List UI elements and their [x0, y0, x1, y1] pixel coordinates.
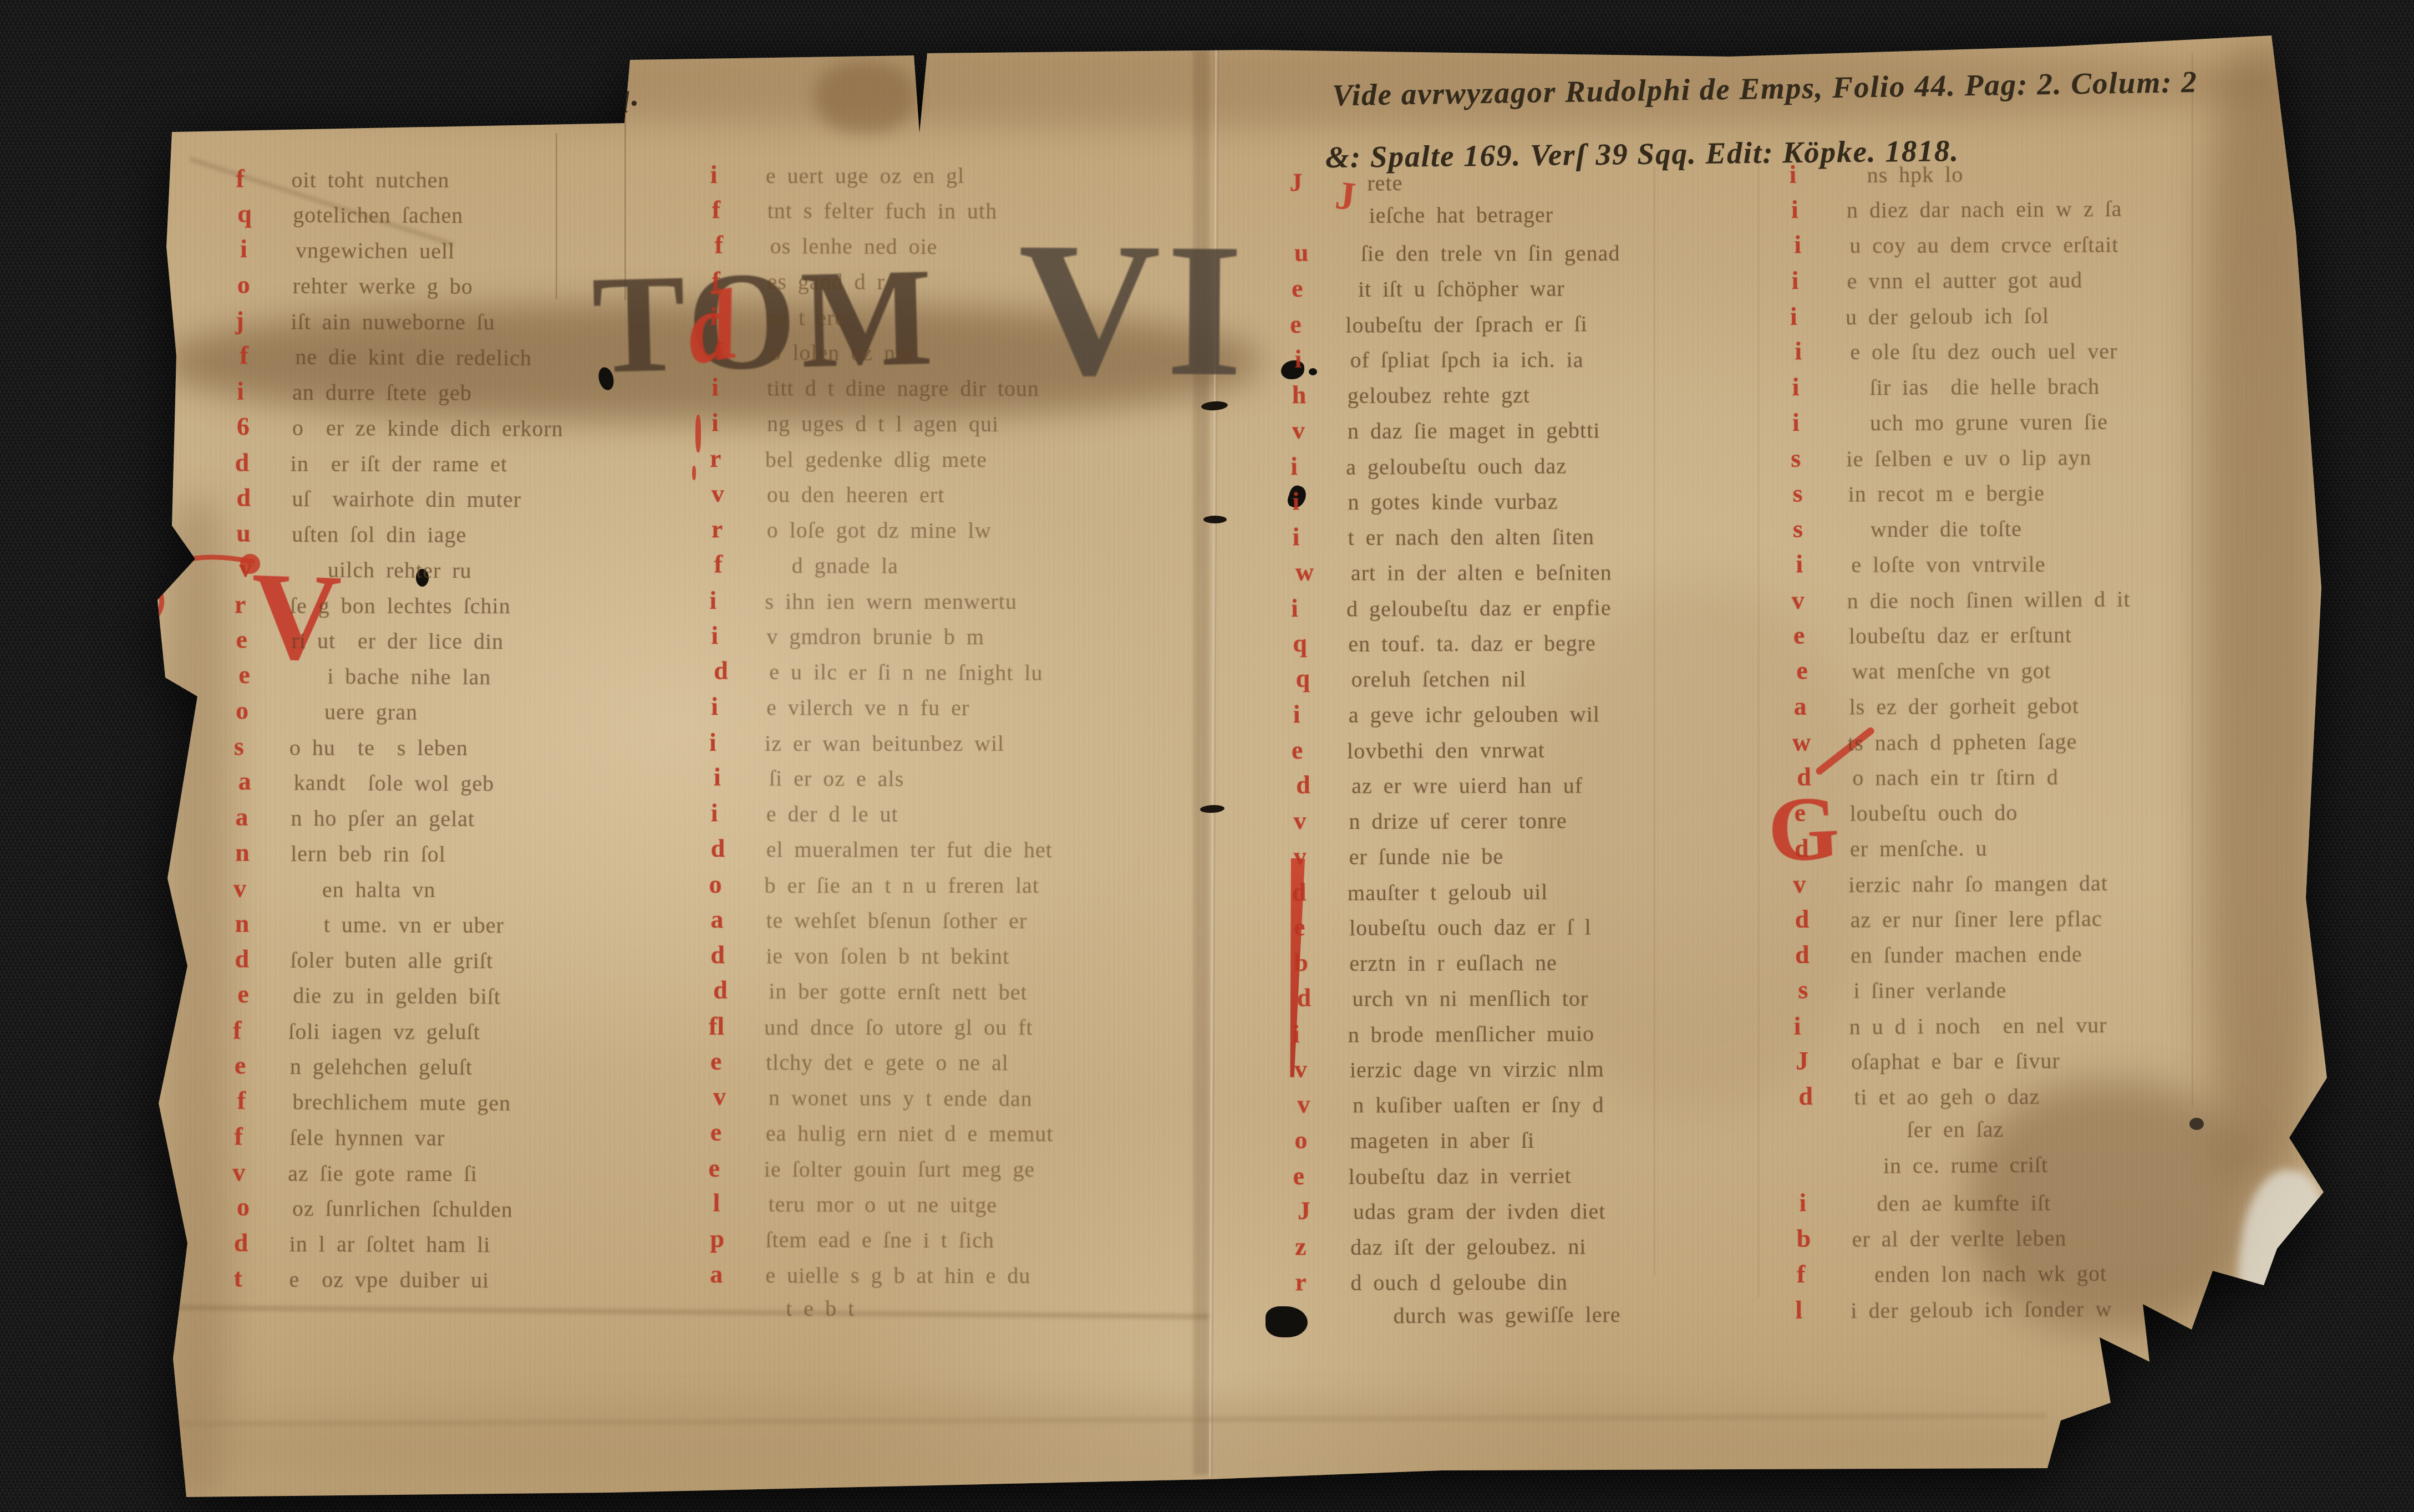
manuscript-line-text: az ſie gote rame ſi — [288, 1160, 477, 1187]
rubric-initial: o — [236, 696, 291, 725]
manuscript-line-text: ie von ſolen b nt bekint — [766, 943, 1009, 969]
rubric-initial: v — [1791, 585, 1847, 615]
rubric-initial: d — [713, 975, 769, 1004]
manuscript-line-text: ſer en ſaz — [1852, 1116, 2004, 1143]
text-column-1: foit toht nutchenqgotelichen ſachenivnge… — [233, 164, 670, 1301]
rubric-initial: r — [710, 444, 765, 473]
rubric-initial: b — [1797, 1224, 1852, 1254]
rubric-initial: s — [234, 731, 289, 761]
manuscript-line: fſele hynnen var — [234, 1122, 667, 1159]
manuscript-line: fo lolen oz nur — [714, 336, 1169, 373]
rubric-initial: s — [1793, 514, 1848, 544]
manuscript-line-text: oit toht nutchen — [291, 166, 449, 192]
rubric-initial: e — [236, 625, 291, 654]
manuscript-line: ie ole ſtu dez ouch uel ver — [1795, 335, 2238, 372]
manuscript-line: eloubeſtu ouch do — [1795, 796, 2238, 833]
manuscript-line-text: vngewichen uell — [296, 237, 455, 264]
manuscript-line: ieſche hat betrager — [1292, 201, 1735, 238]
manuscript-line: duſ wairhote din muter — [236, 483, 669, 520]
rubric-initial — [1795, 1173, 1850, 1174]
rubric-initial — [1294, 1323, 1349, 1324]
manuscript-line-text: wnder die toſte — [1848, 516, 2022, 543]
manuscript-line: ie vilerch ve n fu er — [711, 691, 1166, 727]
manuscript-line: 6o er ze kinde dich erkorn — [237, 412, 669, 449]
manuscript-line-text: n brode menſlicher muio — [1348, 1020, 1595, 1047]
text-column-4: i ns hpk loin diez dar nach ein w z ſaiu… — [1791, 157, 2240, 1330]
manuscript-line: e it iſt u ſchöpher war — [1292, 272, 1735, 309]
rubric-initial: e — [1294, 912, 1349, 941]
rubric-initial: e — [1293, 1161, 1349, 1191]
manuscript-line: pſtem ead e ſne i t ſich — [710, 1224, 1165, 1260]
manuscript-line: fes gand d r — [712, 266, 1166, 302]
manuscript-line: i den ae kumfte iſt — [1799, 1187, 2243, 1224]
rubric-initial: e — [1793, 620, 1849, 650]
rubric-initial: v — [713, 1081, 769, 1111]
manuscript-line-text: it iſt u ſchöpher war — [1347, 276, 1565, 302]
manuscript-line-text: n diez dar nach ein w z ſa — [1847, 196, 2122, 223]
rubric-initial: i — [712, 408, 767, 437]
manuscript-line: din ber gotte ernſt nett bet — [713, 975, 1168, 1012]
rubric-initial: i — [712, 372, 767, 401]
manuscript-line-text: ſie den trele vn ſin genad — [1350, 240, 1620, 267]
rubric-initial: v — [1294, 1054, 1350, 1083]
rubric-initial: f — [237, 1086, 293, 1116]
manuscript-line: dſoler buten alle griſt — [235, 944, 667, 981]
manuscript-line-text: n u d i noch en nel vur — [1849, 1012, 2107, 1040]
rubric-initial: d — [235, 944, 290, 974]
rubric-initial: i — [1791, 195, 1847, 225]
manuscript-line: berztn in r euſlach ne — [1294, 946, 1737, 984]
manuscript-line: ie loſte von vntrvile — [1796, 548, 2239, 585]
manuscript-line-text: e loſte von vntrvile — [1851, 551, 2045, 578]
manuscript-line: eloubeſtu daz er erſtunt — [1793, 618, 2237, 656]
rubric-initial: v — [1294, 841, 1349, 870]
rubric-initial: d — [1797, 762, 1852, 791]
manuscript-line: vn die noch ſinen willen d it — [1791, 582, 2235, 621]
rubric-initial: o — [237, 1192, 292, 1222]
manuscript-line: ate wehſet bſenun ſother er — [710, 904, 1165, 940]
rubric-initial: p — [710, 1224, 765, 1253]
manuscript-line-text: ns hpk lo — [1844, 161, 1963, 188]
manuscript-line: so hu te s leben — [234, 731, 667, 767]
manuscript-line-text: ri ut er der lice din — [291, 628, 504, 654]
manuscript-line-text: an durre ſtete geb — [292, 379, 472, 406]
rubric-initial: i — [1790, 301, 1846, 331]
manuscript-line: jiſt ain nuweborne ſu — [236, 306, 668, 342]
rubric-initial: i — [1291, 593, 1346, 623]
manuscript-line: flund dnce ſo utore gl ou ft — [709, 1011, 1163, 1047]
manuscript-line: ititt d t dine nagre dir toun — [712, 372, 1166, 408]
manuscript-line: vn wonet uns y t ende dan — [713, 1081, 1168, 1118]
rubric-initial: e — [1290, 309, 1345, 339]
manuscript-line: eloubeſtu ouch daz er ſ l — [1294, 911, 1737, 948]
manuscript-line: in diez dar nach ein w z ſa — [1791, 192, 2235, 230]
manuscript-line: als ez der gorheit gebot — [1794, 689, 2238, 727]
manuscript-line-text: ng uges d t l agen qui — [767, 410, 999, 437]
manuscript-line-text: of ſpliat ſpch ia ich. ia — [1350, 347, 1584, 373]
manuscript-line-text: in ce. rume criſt — [1850, 1152, 2049, 1179]
rubric-initial: d — [235, 447, 291, 477]
manuscript-line-text: teru mor o ut ne uitge — [768, 1191, 997, 1218]
manuscript-line-text: in l ar ſoltet ham li — [289, 1231, 491, 1258]
manuscript-line: qoreluh ſetchen nil — [1296, 663, 1740, 699]
manuscript-line-text: uilch rehter ru — [294, 556, 472, 583]
manuscript-line: en gelehchen geluſt — [235, 1051, 667, 1088]
manuscript-line: eie ſolter gouin ſurt meg ge — [709, 1153, 1163, 1189]
manuscript-line: ivngewichen uell — [240, 234, 673, 272]
manuscript-line-text: die zu in gelden biſt — [293, 982, 501, 1009]
manuscript-line-text: n die noch ſinen willen d it — [1847, 586, 2130, 614]
manuscript-line-text: n gotes kinde vurbaz — [1348, 488, 1558, 515]
manuscript-line: sin recot m e bergie — [1792, 476, 2236, 514]
manuscript-line: ftnt s felter fuch in uth — [712, 195, 1167, 231]
manuscript-line: hgeloubez rehte gzt — [1292, 379, 1736, 416]
manuscript-line: n t ume. vn er uber — [235, 909, 668, 946]
manuscript-line-text: tlchy det e gete o ne al — [766, 1049, 1009, 1076]
manuscript-line: foit toht nutchen — [236, 164, 668, 200]
manuscript-line-text: rehter werke g bo — [293, 273, 473, 299]
manuscript-line: iu der geloub ich ſol — [1790, 298, 2234, 337]
parchment-sheet-wrap: Spalte 175. Verſ 3. Sqq. Vide avrwyzagor… — [0, 0, 2414, 1512]
manuscript-line-text: ſir ias die helle brach — [1848, 373, 2100, 400]
manuscript-line: iiz er wan beitunbez wil — [709, 727, 1164, 763]
rubric-initial: f — [233, 1015, 288, 1045]
manuscript-line-text: en touf. ta. daz er begre — [1348, 630, 1596, 657]
rubric-initial: fl — [709, 1011, 764, 1041]
manuscript-line-text: s ihn ien wern menwertu — [765, 588, 1017, 614]
red-ink-drip — [692, 466, 696, 480]
rubric-initial: u — [1294, 237, 1350, 267]
manuscript-line: i ns hpk lo — [1789, 156, 2233, 195]
manuscript-line-text: ſe g bon lechtes ſchin — [290, 592, 511, 619]
rubric-initial: a — [238, 766, 294, 796]
manuscript-line-text: brechlichem mute gen — [293, 1088, 511, 1116]
rubric-initial: d — [1795, 940, 1851, 970]
manuscript-line: e i bache nihe lan — [238, 660, 671, 698]
manuscript-line-text: i bache nihe lan — [294, 663, 491, 690]
rubric-initial: d — [710, 940, 766, 969]
manuscript-line-text: e u ilc er ſi n ne ſnight lu — [769, 659, 1043, 686]
rubric-initial: n — [235, 838, 291, 867]
manuscript-line-text: te wehſet bſenun ſother er — [766, 907, 1027, 934]
stain-circular-top-center — [815, 61, 915, 133]
red-ink-drip — [695, 415, 701, 452]
rubric-initial: v — [233, 873, 289, 903]
manuscript-line-text: loubeſtu ouch do — [1850, 800, 2018, 827]
rubric-initial: q — [1293, 628, 1348, 658]
manuscript-line: iu coy au dem crvce erſtait — [1794, 228, 2238, 266]
manuscript-line: qen touf. ta. daz er begre — [1293, 627, 1736, 664]
manuscript-line-text: erztn in r euſlach ne — [1349, 950, 1557, 976]
manuscript-line: vierzic nahr ſo mangen dat — [1793, 866, 2237, 905]
manuscript-line-text: loubeſtu ouch daz er ſ l — [1349, 914, 1592, 941]
manuscript-line: omageten in aber ſi — [1294, 1124, 1738, 1161]
rubric-initial: o — [1294, 1125, 1350, 1154]
manuscript-line: nlern beb rin ſol — [235, 838, 668, 875]
manuscript-line-text: ou den heeren ert — [767, 481, 945, 508]
manuscript-line: rſe g bon lechtes ſchin — [235, 589, 667, 625]
manuscript-line: ber al der verlte leben — [1797, 1221, 2240, 1259]
manuscript-line: t e b t — [708, 1295, 1163, 1331]
rubric-initial: i — [1796, 549, 1851, 578]
manuscript-line-text: ti et ao geh o daz — [1854, 1083, 2040, 1110]
manuscript-line: ro loſe got dz mine lw — [712, 514, 1166, 550]
rubric-initial: i — [709, 727, 765, 757]
rubric-initial: a — [1794, 691, 1849, 721]
manuscript-line-text: iſt ain nuweborne ſu — [291, 308, 495, 335]
manuscript-line-text: e uert uge oz en gl — [766, 162, 964, 189]
manuscript-line: it er nach den alten ſiten — [1293, 521, 1736, 558]
rubric-initial: s — [1791, 443, 1846, 473]
rubric-initial: b — [1294, 948, 1349, 977]
rubric-initial: a — [235, 802, 291, 832]
manuscript-line: fbrechlichem mute gen — [237, 1086, 669, 1123]
manuscript-line-text: rete — [1345, 170, 1402, 196]
rubric-initial: i — [711, 691, 766, 721]
manuscript-line-text: e uielle s g b at hin e du — [765, 1262, 1030, 1289]
manuscript-line-text: gotelichen ſachen — [293, 202, 463, 228]
manuscript-line-text: n gelehchen geluſt — [290, 1053, 472, 1080]
manuscript-line: vn kuſiber uaſten er ſny d — [1297, 1088, 1741, 1124]
rubric-initial: r — [1295, 1267, 1350, 1296]
rubric-initial: i — [1293, 699, 1349, 729]
manuscript-line: din er iſt der rame et — [235, 447, 668, 483]
rubric-initial: d — [236, 483, 292, 512]
rubric-initial — [1796, 1138, 1852, 1138]
manuscript-line-text: ierzic nahr ſo mangen dat — [1848, 870, 2108, 898]
manuscript-line-text: n ho pſer an gelat — [291, 805, 475, 832]
manuscript-line-text: ſoli iagen vz geluſt — [288, 1018, 480, 1045]
manuscript-line: vaz ſie gote rame ſi — [232, 1157, 665, 1193]
rubric-initial: q — [237, 199, 293, 228]
manuscript-line: si ſiner verlande — [1798, 974, 2242, 1011]
manuscript-line: durch vn ni menſlich tor — [1297, 982, 1741, 1018]
text-column-2: ie uert uge oz en glftnt s felter fuch i… — [710, 159, 1167, 1331]
manuscript-line-text: u der geloub ich ſol — [1846, 303, 2049, 330]
manuscript-line-text: az er wre uierd han uf — [1351, 772, 1583, 799]
rubric-initial: e — [238, 660, 294, 690]
rubric-initial: s — [1792, 478, 1848, 508]
manuscript-line: o uere gran — [236, 696, 668, 733]
manuscript-line: iof ſpliat ſpch ia ich. ia — [1294, 343, 1738, 379]
manuscript-line: i ſir ias die helle brach — [1792, 370, 2235, 408]
stain-bottom-band — [166, 1397, 2052, 1491]
rubric-initial: i — [710, 302, 765, 331]
manuscript-line-text: er al der verlte leben — [1852, 1225, 2067, 1253]
rubric-initial: i — [240, 234, 296, 264]
manuscript-line: ooz ſunrlichen ſchulden — [237, 1192, 669, 1230]
rubric-initial: j — [236, 306, 291, 335]
manuscript-line: ewat menſche vn got — [1796, 654, 2240, 691]
rubric-initial: w — [1295, 557, 1351, 586]
manuscript-line: id geloubeſtu daz er enpfie — [1291, 591, 1735, 629]
manuscript-line: ie der d le ut — [711, 798, 1166, 834]
manuscript-line: wts nach d ppheten ſage — [1792, 724, 2236, 763]
manuscript-line-text: enden lon nach wk got — [1852, 1260, 2107, 1287]
rubric-initial: w — [1792, 727, 1848, 757]
rubric-initial: d — [1296, 770, 1351, 799]
rubric-initial: f — [714, 230, 770, 259]
manuscript-line: fne die kint die redelich — [240, 340, 672, 378]
manuscript-line-text: es gand d r — [767, 268, 885, 294]
rubric-initial: i — [1792, 372, 1847, 402]
manuscript-line: do nach ein tr ſtirn d — [1797, 761, 2240, 798]
rubric-initial: d — [234, 1228, 289, 1258]
manuscript-line: Joſaphat e bar e ſivur — [1796, 1044, 2239, 1082]
manuscript-line: vn drize uf cerer tonre — [1293, 805, 1737, 842]
manuscript-line: etlchy det e gete o ne al — [710, 1046, 1165, 1082]
manuscript-line-text: ie ſolter gouin ſurt meg ge — [764, 1156, 1035, 1182]
manuscript-line: edie zu in gelden biſt — [237, 979, 670, 1017]
manuscript-line-text: n wonet uns y t ende dan — [769, 1085, 1033, 1112]
manuscript-line: rd ouch d geloube din — [1295, 1266, 1739, 1303]
manuscript-line: dmauſter t geloub uil — [1292, 875, 1736, 913]
rubric-initial: i — [1792, 408, 1848, 437]
manuscript-line-text: t ume. vn er uber — [291, 912, 504, 938]
manuscript-line: ſer en ſaz — [1796, 1115, 2240, 1153]
manuscript-line: ian durre ſtete geb — [237, 376, 669, 414]
rubric-initial: v — [239, 553, 294, 583]
manuscript-line: iſi er oz e als — [714, 762, 1168, 799]
manuscript-line: orehter werke g bo — [237, 270, 670, 307]
manuscript-line: f enden lon nach wk got — [1797, 1257, 2240, 1295]
manuscript-line-text: en ſunder machen ende — [1851, 941, 2082, 968]
manuscript-line: rbel gedenke dlig mete — [710, 444, 1165, 479]
manuscript-line-text: durch was gewiſſe lere — [1349, 1301, 1620, 1329]
manuscript-line: Judas gram der ivden diet — [1298, 1195, 1741, 1231]
manuscript-line: in ce. rume criſt — [1795, 1150, 2238, 1189]
manuscript-line: in u d i noch en nel vur — [1793, 1008, 2237, 1047]
rubric-initial: f — [712, 266, 767, 295]
manuscript-line-text: uſ wairhote din muter — [292, 486, 521, 512]
manuscript-line-text: e vilerch ve n fu er — [766, 694, 969, 721]
manuscript-line: zdaz iſt der geloubez. ni — [1295, 1230, 1739, 1267]
manuscript-line-text: el mueralmen ter fut die het — [766, 836, 1053, 863]
manuscript-line-text: ſele hynnen var — [289, 1124, 445, 1151]
manuscript-line-text: oſaphat e bar e ſivur — [1851, 1048, 2060, 1075]
manuscript-line: eri ut er der lice din — [236, 625, 668, 662]
manuscript-line: den ſunder machen ende — [1795, 938, 2239, 975]
rubric-initial: i — [1294, 344, 1350, 373]
manuscript-line: eea hulig ern niet d e memut — [710, 1117, 1165, 1153]
manuscript-line: in gotes kinde vurbaz — [1292, 485, 1736, 522]
rubric-initial: d — [714, 655, 769, 685]
rubric-initial: i — [1795, 336, 1850, 365]
manuscript-line: fſoli iagen vz geluſt — [233, 1015, 665, 1051]
manuscript-line-text: e vnn el autter got aud — [1847, 267, 2083, 294]
rubric-initial: i — [1799, 1188, 1854, 1217]
manuscript-line: ine t ere — [710, 302, 1165, 337]
rubric-initial: f — [240, 340, 295, 370]
manuscript-line-text: o hu te s leben — [289, 734, 468, 761]
rubric-initial: J — [1298, 1195, 1353, 1225]
manuscript-line: ver ſunde nie be — [1294, 840, 1737, 877]
manuscript-line: lteru mor o ut ne uitge — [713, 1188, 1167, 1225]
rubric-initial: o — [709, 869, 765, 899]
manuscript-line: ie vnn el autter got aud — [1791, 263, 2235, 301]
manuscript-line-text: d geloubeſtu daz er enpfie — [1346, 594, 1612, 622]
manuscript-line-text: n kuſiber uaſten er ſny d — [1353, 1092, 1604, 1118]
rubric-initial: h — [1292, 380, 1348, 409]
manuscript-line-text: in recot m e bergie — [1848, 480, 2045, 507]
manuscript-line-text: tnt s felter fuch in uth — [768, 197, 998, 224]
rubric-initial: v — [1293, 806, 1349, 835]
rubric-initial: 6 — [237, 412, 292, 441]
rubric-initial: l — [713, 1188, 768, 1217]
manuscript-line-text: bel gedenke dlig mete — [765, 446, 987, 472]
manuscript-line-text: ſtem ead e ſne i t ſich — [765, 1226, 994, 1253]
manuscript-line: din l ar ſoltet ham li — [234, 1228, 667, 1265]
manuscript-line-text: n daz ſie maget in gebtti — [1348, 417, 1600, 444]
rubric-initial: u — [236, 518, 292, 548]
text-column-3: J rete ieſche hat betrageru ſie den trel… — [1291, 166, 1739, 1338]
manuscript-line-text: a geve ichr gelouben wil — [1349, 701, 1600, 728]
manuscript-line: eloubeſtu der ſprach er ſi — [1290, 307, 1734, 345]
manuscript-line: iv gmdron brunie b m — [711, 620, 1166, 656]
manuscript-line-text: az er nur ſiner lere pflac — [1851, 905, 2102, 933]
manuscript-line: vierzic dage vn virzic nlm — [1294, 1053, 1738, 1090]
rubric-initial: e — [1292, 735, 1347, 765]
manuscript-line: akandt ſole wol geb — [238, 766, 670, 804]
manuscript-line-text: i der geloub ich ſonder w — [1851, 1296, 2112, 1323]
manuscript-line: J rete — [1289, 165, 1733, 203]
sewing-slit — [1203, 516, 1227, 523]
manuscript-line-text: wat menſche vn got — [1852, 658, 2051, 684]
manuscript-line-text: i ſiner verlande — [1853, 977, 2006, 1004]
rubric-initial: i — [711, 798, 766, 827]
manuscript-line-text: ne t ere — [765, 304, 845, 330]
rubric-initial: i — [1290, 451, 1346, 481]
manuscript-line-text: uere gran — [291, 699, 418, 725]
manuscript-line-text: er menſche. u — [1850, 835, 1988, 862]
manuscript-line-text: ls ez der gorheit gebot — [1849, 693, 2080, 720]
rubric-initial: l — [1795, 1295, 1851, 1325]
rubric-initial: a — [710, 904, 766, 934]
rubric-initial: e — [710, 1117, 766, 1147]
rubric-initial: i — [237, 376, 292, 406]
rubric-initial: v — [232, 1157, 288, 1187]
manuscript-line: ie uert uge oz en gl — [710, 160, 1165, 195]
manuscript-line-text: v gmdron brunie b m — [766, 623, 984, 650]
rubric-initial: v — [712, 478, 767, 508]
manuscript-line-text: mauſter t geloub uil — [1348, 879, 1548, 906]
manuscript-line-text: ierzic dage vn virzic nlm — [1350, 1056, 1604, 1083]
manuscript-line-text: in er iſt der rame et — [291, 450, 508, 477]
rubric-initial: e — [235, 1051, 290, 1080]
manuscript-line-text: er ſunde nie be — [1349, 843, 1504, 870]
rubric-initial: J — [1796, 1046, 1851, 1076]
rubric-initial: o — [237, 270, 293, 299]
rubric-initial: z — [1295, 1231, 1350, 1261]
manuscript-line-text: d gnade la — [769, 552, 898, 579]
rubric-initial: r — [235, 589, 290, 619]
manuscript-line-text: in ber gotte ernſt nett bet — [769, 978, 1028, 1005]
manuscript-line: u ſie den trele vn ſin genad — [1294, 237, 1738, 273]
manuscript-line-text: d ouch d geloube din — [1350, 1269, 1568, 1296]
rubric-initial: e — [1795, 798, 1850, 828]
rubric-initial: f — [714, 336, 770, 365]
rubric-initial: v — [1793, 869, 1848, 899]
manuscript-line: eloubeſtu daz in verriet — [1293, 1159, 1737, 1197]
manuscript-line: de u ilc er ſi n ne ſnight lu — [714, 655, 1168, 693]
manuscript-line: is ihn ien wern menwertu — [709, 586, 1164, 621]
manuscript-line-text: uſten ſol din iage — [292, 521, 466, 548]
manuscript-line: ia geve ichr gelouben wil — [1293, 698, 1737, 735]
manuscript-line-text: ſi er oz e als — [769, 765, 904, 792]
rubric-initial: i — [714, 762, 769, 791]
rubric-initial: q — [1296, 663, 1351, 693]
manuscript-line: in brode menſlicher muio — [1293, 1017, 1736, 1055]
